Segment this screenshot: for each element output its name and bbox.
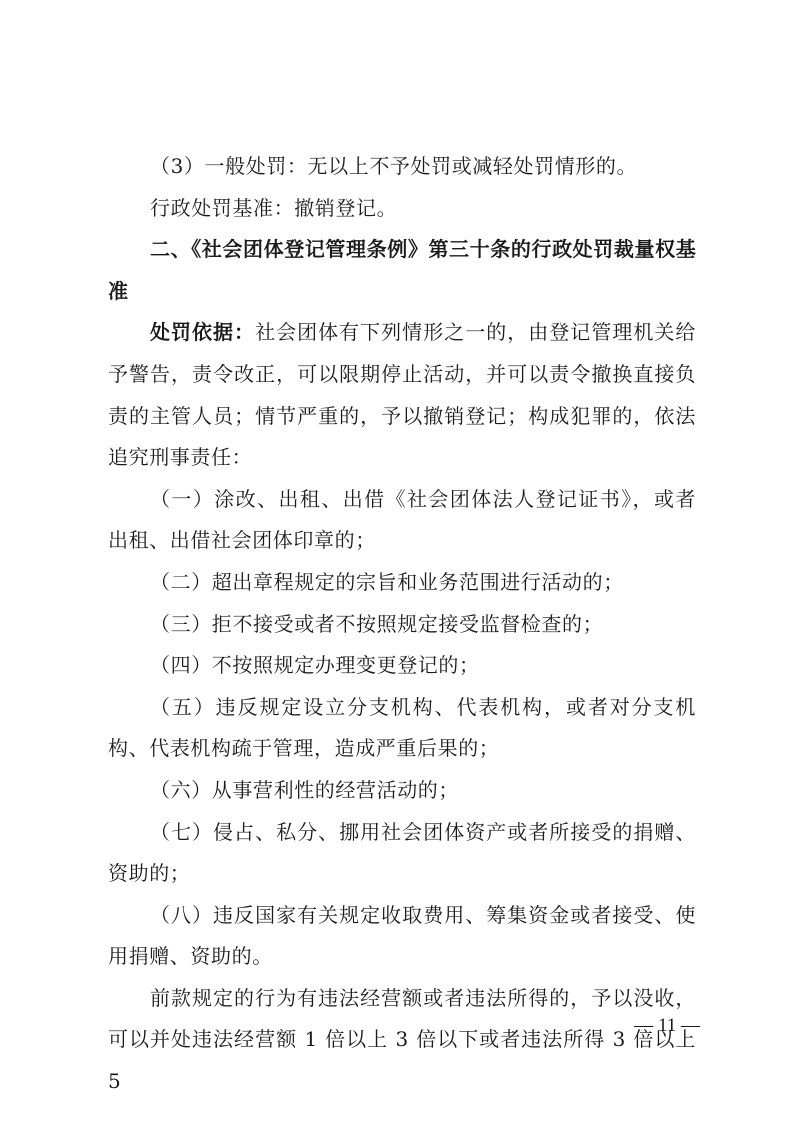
list-item-4: （四）不按照规定办理变更登记的；	[108, 645, 696, 687]
paragraph-confiscation: 前款规定的行为有违法经营额或者违法所得的，予以没收，可以并处违法经营额 1 倍以…	[108, 978, 696, 1103]
penalty-basis-label: 处罚依据：	[150, 320, 255, 344]
list-item-1: （一）涂改、出租、出借《社会团体法人登记证书》，或者出租、出借社会团体印章的；	[108, 479, 696, 562]
paragraph-general-penalty: （3）一般处罚：无以上不予处罚或减轻处罚情形的。	[108, 146, 696, 188]
list-item-2: （二）超出章程规定的宗旨和业务范围进行活动的；	[108, 562, 696, 604]
list-item-5: （五）违反规定设立分支机构、代表机构，或者对分支机构、代表机构疏于管理，造成严重…	[108, 687, 696, 770]
list-item-8: （八）违反国家有关规定收取费用、筹集资金或者接受、使用捐赠、资助的。	[108, 895, 696, 978]
document-page: （3）一般处罚：无以上不予处罚或减轻处罚情形的。 行政处罚基准：撤销登记。 二、…	[108, 146, 696, 1103]
list-item-7: （七）侵占、私分、挪用社会团体资产或者所接受的捐赠、资助的；	[108, 812, 696, 895]
list-item-6: （六）从事营利性的经营活动的；	[108, 770, 696, 812]
page-number: — 11 —	[620, 1015, 700, 1037]
section-heading: 二、《社会团体登记管理条例》第三十条的行政处罚裁量权基准	[108, 229, 696, 312]
paragraph-penalty-basis: 处罚依据：社会团体有下列情形之一的，由登记管理机关给予警告，责令改正，可以限期停…	[108, 312, 696, 478]
paragraph-penalty-standard: 行政处罚基准：撤销登记。	[108, 188, 696, 230]
list-item-3: （三）拒不接受或者不按照规定接受监督检查的；	[108, 604, 696, 646]
